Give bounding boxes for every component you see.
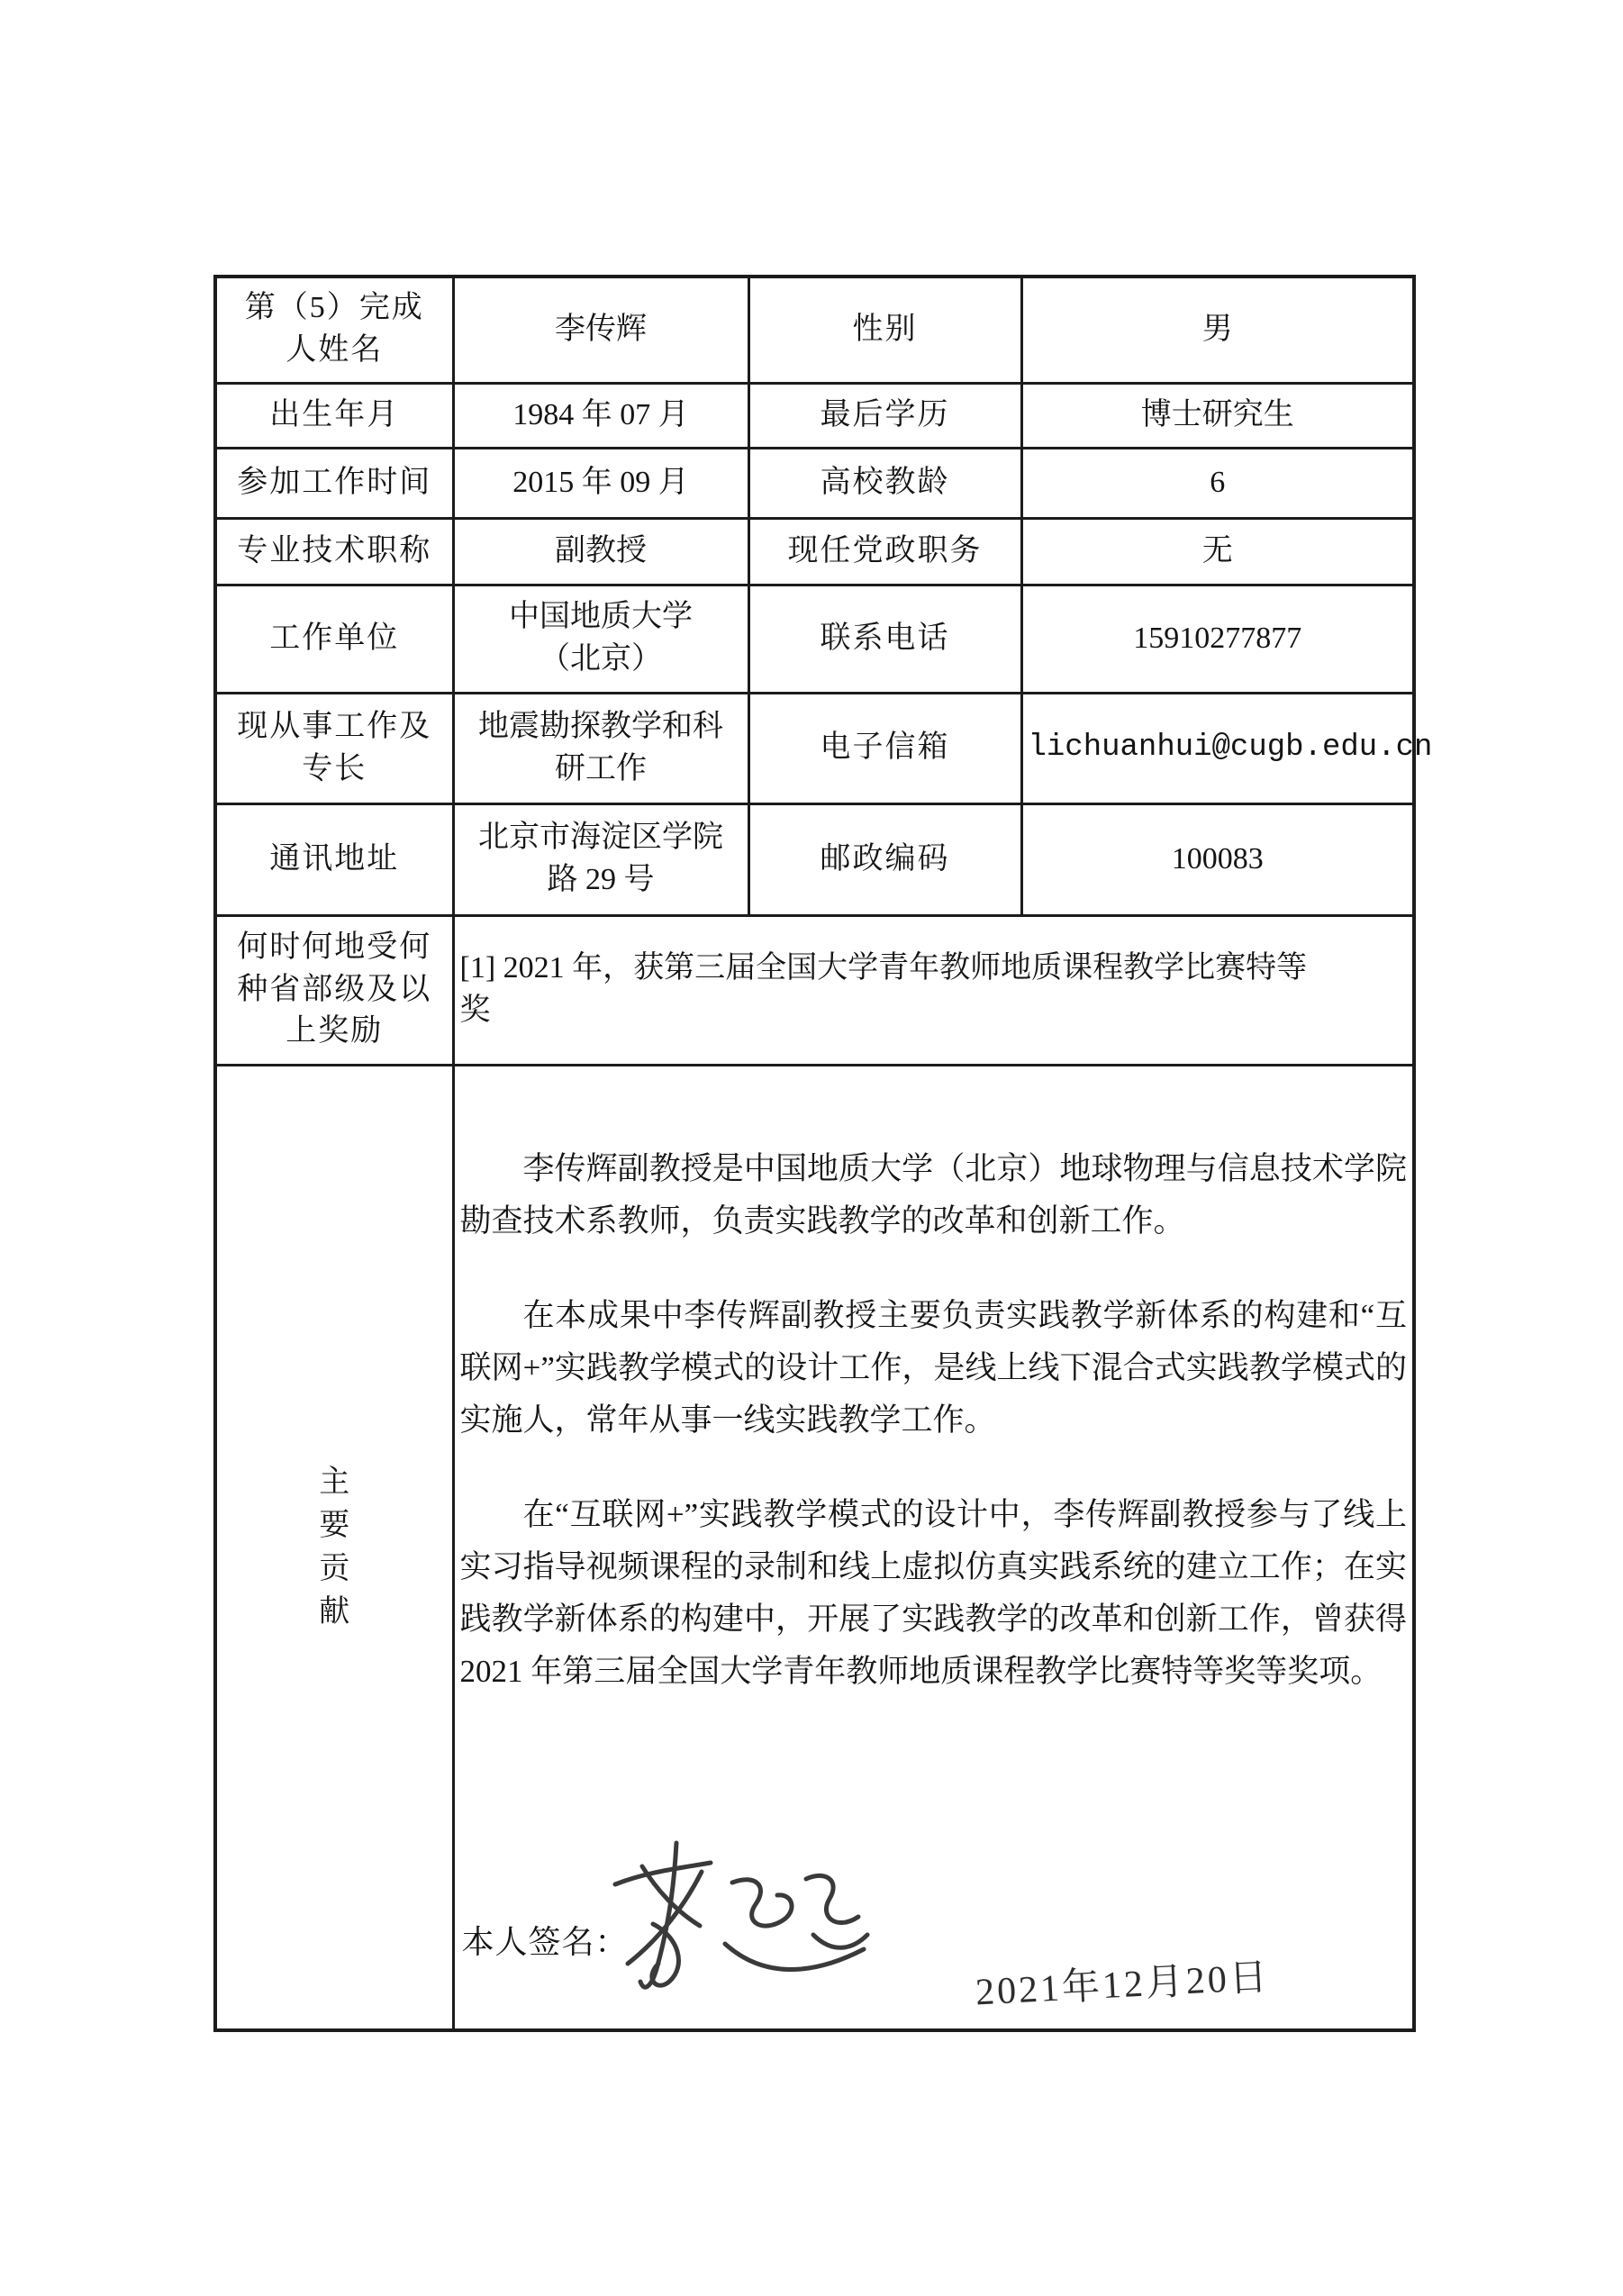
- field-label-completer-name: 第（5）完成 人姓名: [215, 277, 453, 383]
- table-row: 出生年月 1984 年 07 月 最后学历 博士研究生: [215, 383, 1414, 448]
- field-value-postal-code: 100083: [1021, 803, 1414, 915]
- field-value-email: lichuanhui@cugb.edu.cn: [1021, 693, 1414, 803]
- field-value-phone: 15910277877: [1021, 585, 1414, 693]
- table-row: 主 要 贡 献 李传辉副教授是中国地质大学（北京）地球物理与信息技术学院勘查技术…: [215, 1065, 1414, 2030]
- field-value-gender: 男: [1021, 277, 1414, 383]
- table-row: 参加工作时间 2015 年 09 月 高校教龄 6: [215, 448, 1414, 518]
- field-value-main-contribution: 李传辉副教授是中国地质大学（北京）地球物理与信息技术学院勘查技术系教师，负责实践…: [453, 1065, 1414, 2030]
- field-label-current-work-specialty: 现从事工作及 专长: [215, 693, 453, 803]
- field-value-completer-name: 李传辉: [453, 277, 748, 383]
- vertical-label-char: 贡: [319, 1554, 349, 1584]
- table-row: 何时何地受何 种省部级及以 上奖励 [1] 2021 年，获第三届全国大学青年教…: [215, 915, 1414, 1065]
- field-label-last-degree: 最后学历: [748, 383, 1021, 448]
- table-row: 第（5）完成 人姓名 李传辉 性别 男: [215, 277, 1414, 383]
- field-value-mailing-address: 北京市海淀区学院 路 29 号: [453, 803, 748, 915]
- table-row: 通讯地址 北京市海淀区学院 路 29 号 邮政编码 100083: [215, 803, 1414, 915]
- signature-handwriting-icon: [590, 1834, 878, 1996]
- field-label-birth-date: 出生年月: [215, 383, 453, 448]
- contribution-paragraph: 在本成果中李传辉副教授主要负责实践教学新体系的构建和“互联网+”实践教学模式的设…: [460, 1290, 1408, 1447]
- field-label-awards: 何时何地受何 种省部级及以 上奖励: [215, 915, 453, 1065]
- field-value-last-degree: 博士研究生: [1021, 383, 1414, 448]
- field-label-professional-title: 专业技术职称: [215, 518, 453, 585]
- field-value-work-start-time: 2015 年 09 月: [453, 448, 748, 518]
- field-label-party-position: 现任党政职务: [748, 518, 1021, 585]
- field-value-awards: [1] 2021 年，获第三届全国大学青年教师地质课程教学比赛特等 奖: [453, 915, 1414, 1065]
- field-value-professional-title: 副教授: [453, 518, 748, 585]
- field-label-gender: 性别: [748, 277, 1021, 383]
- field-label-email: 电子信箱: [748, 693, 1021, 803]
- field-label-phone: 联系电话: [748, 585, 1021, 693]
- contribution-paragraph: 在“互联网+”实践教学模式的设计中，李传辉副教授参与了线上实习指导视频课程的录制…: [460, 1489, 1408, 1698]
- vertical-label-main-contribution: 主 要 贡 献: [222, 1467, 447, 1628]
- field-label-work-start-time: 参加工作时间: [215, 448, 453, 518]
- document-page: 第（5）完成 人姓名 李传辉 性别 男 出生年月 1984 年 07 月 最后学…: [0, 0, 1623, 2296]
- vertical-label-char: 要: [319, 1511, 349, 1541]
- vertical-label-char: 献: [319, 1597, 349, 1628]
- table-row: 现从事工作及 专长 地震勘探教学和科 研工作 电子信箱 lichuanhui@c…: [215, 693, 1414, 803]
- field-label-main-contribution: 主 要 贡 献: [215, 1065, 453, 2030]
- field-label-mailing-address: 通讯地址: [215, 803, 453, 915]
- contribution-paragraph: 李传辉副教授是中国地质大学（北京）地球物理与信息技术学院勘查技术系教师，负责实践…: [460, 1143, 1408, 1248]
- field-value-current-work-specialty: 地震勘探教学和科 研工作: [453, 693, 748, 803]
- field-label-work-unit: 工作单位: [215, 585, 453, 693]
- vertical-label-char: 主: [319, 1467, 349, 1498]
- field-label-postal-code: 邮政编码: [748, 803, 1021, 915]
- field-value-work-unit: 中国地质大学 （北京）: [453, 585, 748, 693]
- field-value-university-teaching-years: 6: [1021, 448, 1414, 518]
- table-row: 工作单位 中国地质大学 （北京） 联系电话 15910277877: [215, 585, 1414, 693]
- field-label-university-teaching-years: 高校教龄: [748, 448, 1021, 518]
- signature-date-handwriting: 2021年12月20日: [974, 1952, 1271, 2019]
- field-value-party-position: 无: [1021, 518, 1414, 585]
- field-value-birth-date: 1984 年 07 月: [453, 383, 748, 448]
- personal-info-table: 第（5）完成 人姓名 李传辉 性别 男 出生年月 1984 年 07 月 最后学…: [213, 275, 1416, 2032]
- table-row: 专业技术职称 副教授 现任党政职务 无: [215, 518, 1414, 585]
